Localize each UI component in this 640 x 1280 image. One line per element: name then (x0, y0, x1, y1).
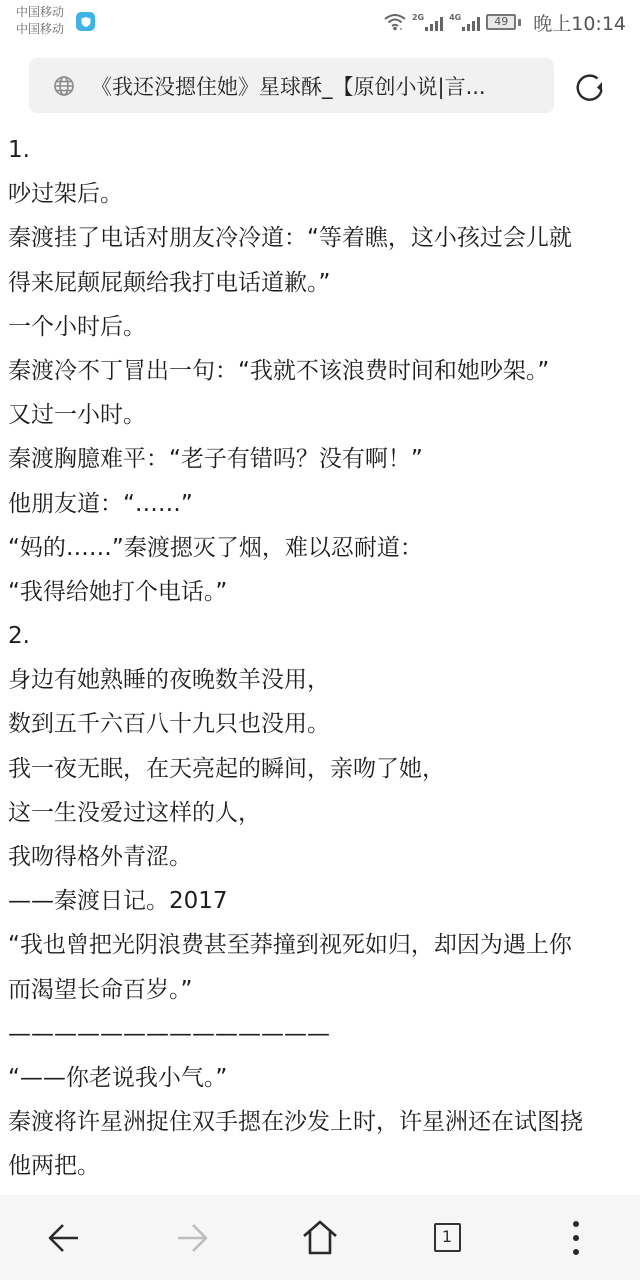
text-line: “妈的……”秦渡摁灭了烟，难以忍耐道： (8, 526, 632, 570)
text-line: 秦渡胸臆难平：“老子有错吗？没有啊！” (8, 437, 632, 481)
text-line: 而渴望长命百岁。” (8, 968, 632, 1012)
page-title[interactable]: 《我还没摁住她》星球酥_【原创小说|言... (91, 71, 546, 101)
text-line: ——秦渡日记。2017 (8, 879, 632, 923)
status-bar: 中国移动 中国移动 2G 4G 49 晚上10:14 (0, 0, 640, 46)
tab-count: 1 (434, 1223, 461, 1252)
text-line: 一个小时后。 (8, 305, 632, 349)
text-line: 数到五千六百八十九只也没用。 (8, 702, 632, 746)
address-bar[interactable]: 《我还没摁住她》星球酥_【原创小说|言... (29, 58, 554, 113)
text-line: “我得给她打个电话。” (8, 570, 632, 614)
text-line: 秦渡将许星洲捉住双手摁在沙发上时，许星洲还在试图挠 (8, 1100, 632, 1144)
globe-icon (53, 75, 75, 97)
text-line: 1. (8, 128, 632, 172)
reload-icon (573, 70, 607, 104)
signal-4g-icon: 4G (449, 13, 480, 31)
section-divider: —————————————— (8, 1012, 632, 1056)
wifi-icon (384, 13, 406, 31)
text-line: 秦渡冷不丁冒出一句：“我就不该浪费时间和她吵架。” (8, 349, 632, 393)
text-line: 身边有她熟睡的夜晚数羊没用， (8, 658, 632, 702)
text-line: 2. (8, 614, 632, 658)
text-line: 秦渡挂了电话对朋友冷冷道：“等着瞧，这小孩过会儿就 (8, 216, 632, 260)
back-button[interactable] (24, 1195, 104, 1280)
clock: 晚上10:14 (533, 9, 626, 36)
carrier-1: 中国移动 (16, 4, 64, 21)
signal-2g-icon: 2G (412, 13, 443, 31)
more-vertical-icon (571, 1220, 581, 1256)
battery-icon: 49 (486, 14, 521, 30)
text-line: “我也曾把光阴浪费甚至莽撞到视死如归，却因为遇上你 (8, 923, 632, 967)
text-line: 这一生没爱过这样的人， (8, 791, 632, 835)
article-content: 1. 吵过架后。 秦渡挂了电话对朋友冷冷道：“等着瞧，这小孩过会儿就 得来屁颠屁… (8, 128, 632, 1189)
forward-button[interactable] (152, 1195, 232, 1280)
text-line: 我吻得格外青涩。 (8, 835, 632, 879)
home-button[interactable] (280, 1195, 360, 1280)
carrier-info: 中国移动 中国移动 (16, 4, 64, 38)
text-line: 又过一小时。 (8, 393, 632, 437)
status-icons: 2G 4G 49 晚上10:14 (384, 8, 626, 36)
text-line: 吵过架后。 (8, 172, 632, 216)
home-icon (301, 1220, 339, 1256)
forward-arrow-icon (174, 1220, 210, 1256)
tabs-button[interactable]: 1 (407, 1195, 487, 1280)
text-line: 他朋友道：“……” (8, 482, 632, 526)
text-line: 得来屁颠屁颠给我打电话道歉。” (8, 261, 632, 305)
battery-level: 49 (486, 14, 516, 30)
text-line: 我一夜无眠，在天亮起的瞬间，亲吻了她， (8, 747, 632, 791)
carrier-2: 中国移动 (16, 21, 64, 38)
text-line: “——你老说我小气。” (8, 1056, 632, 1100)
text-line: 他两把。 (8, 1144, 632, 1188)
back-arrow-icon (46, 1220, 82, 1256)
bottom-nav: 1 (0, 1195, 640, 1280)
reload-button[interactable] (573, 70, 607, 104)
menu-button[interactable] (536, 1195, 616, 1280)
shield-app-icon (76, 12, 95, 31)
